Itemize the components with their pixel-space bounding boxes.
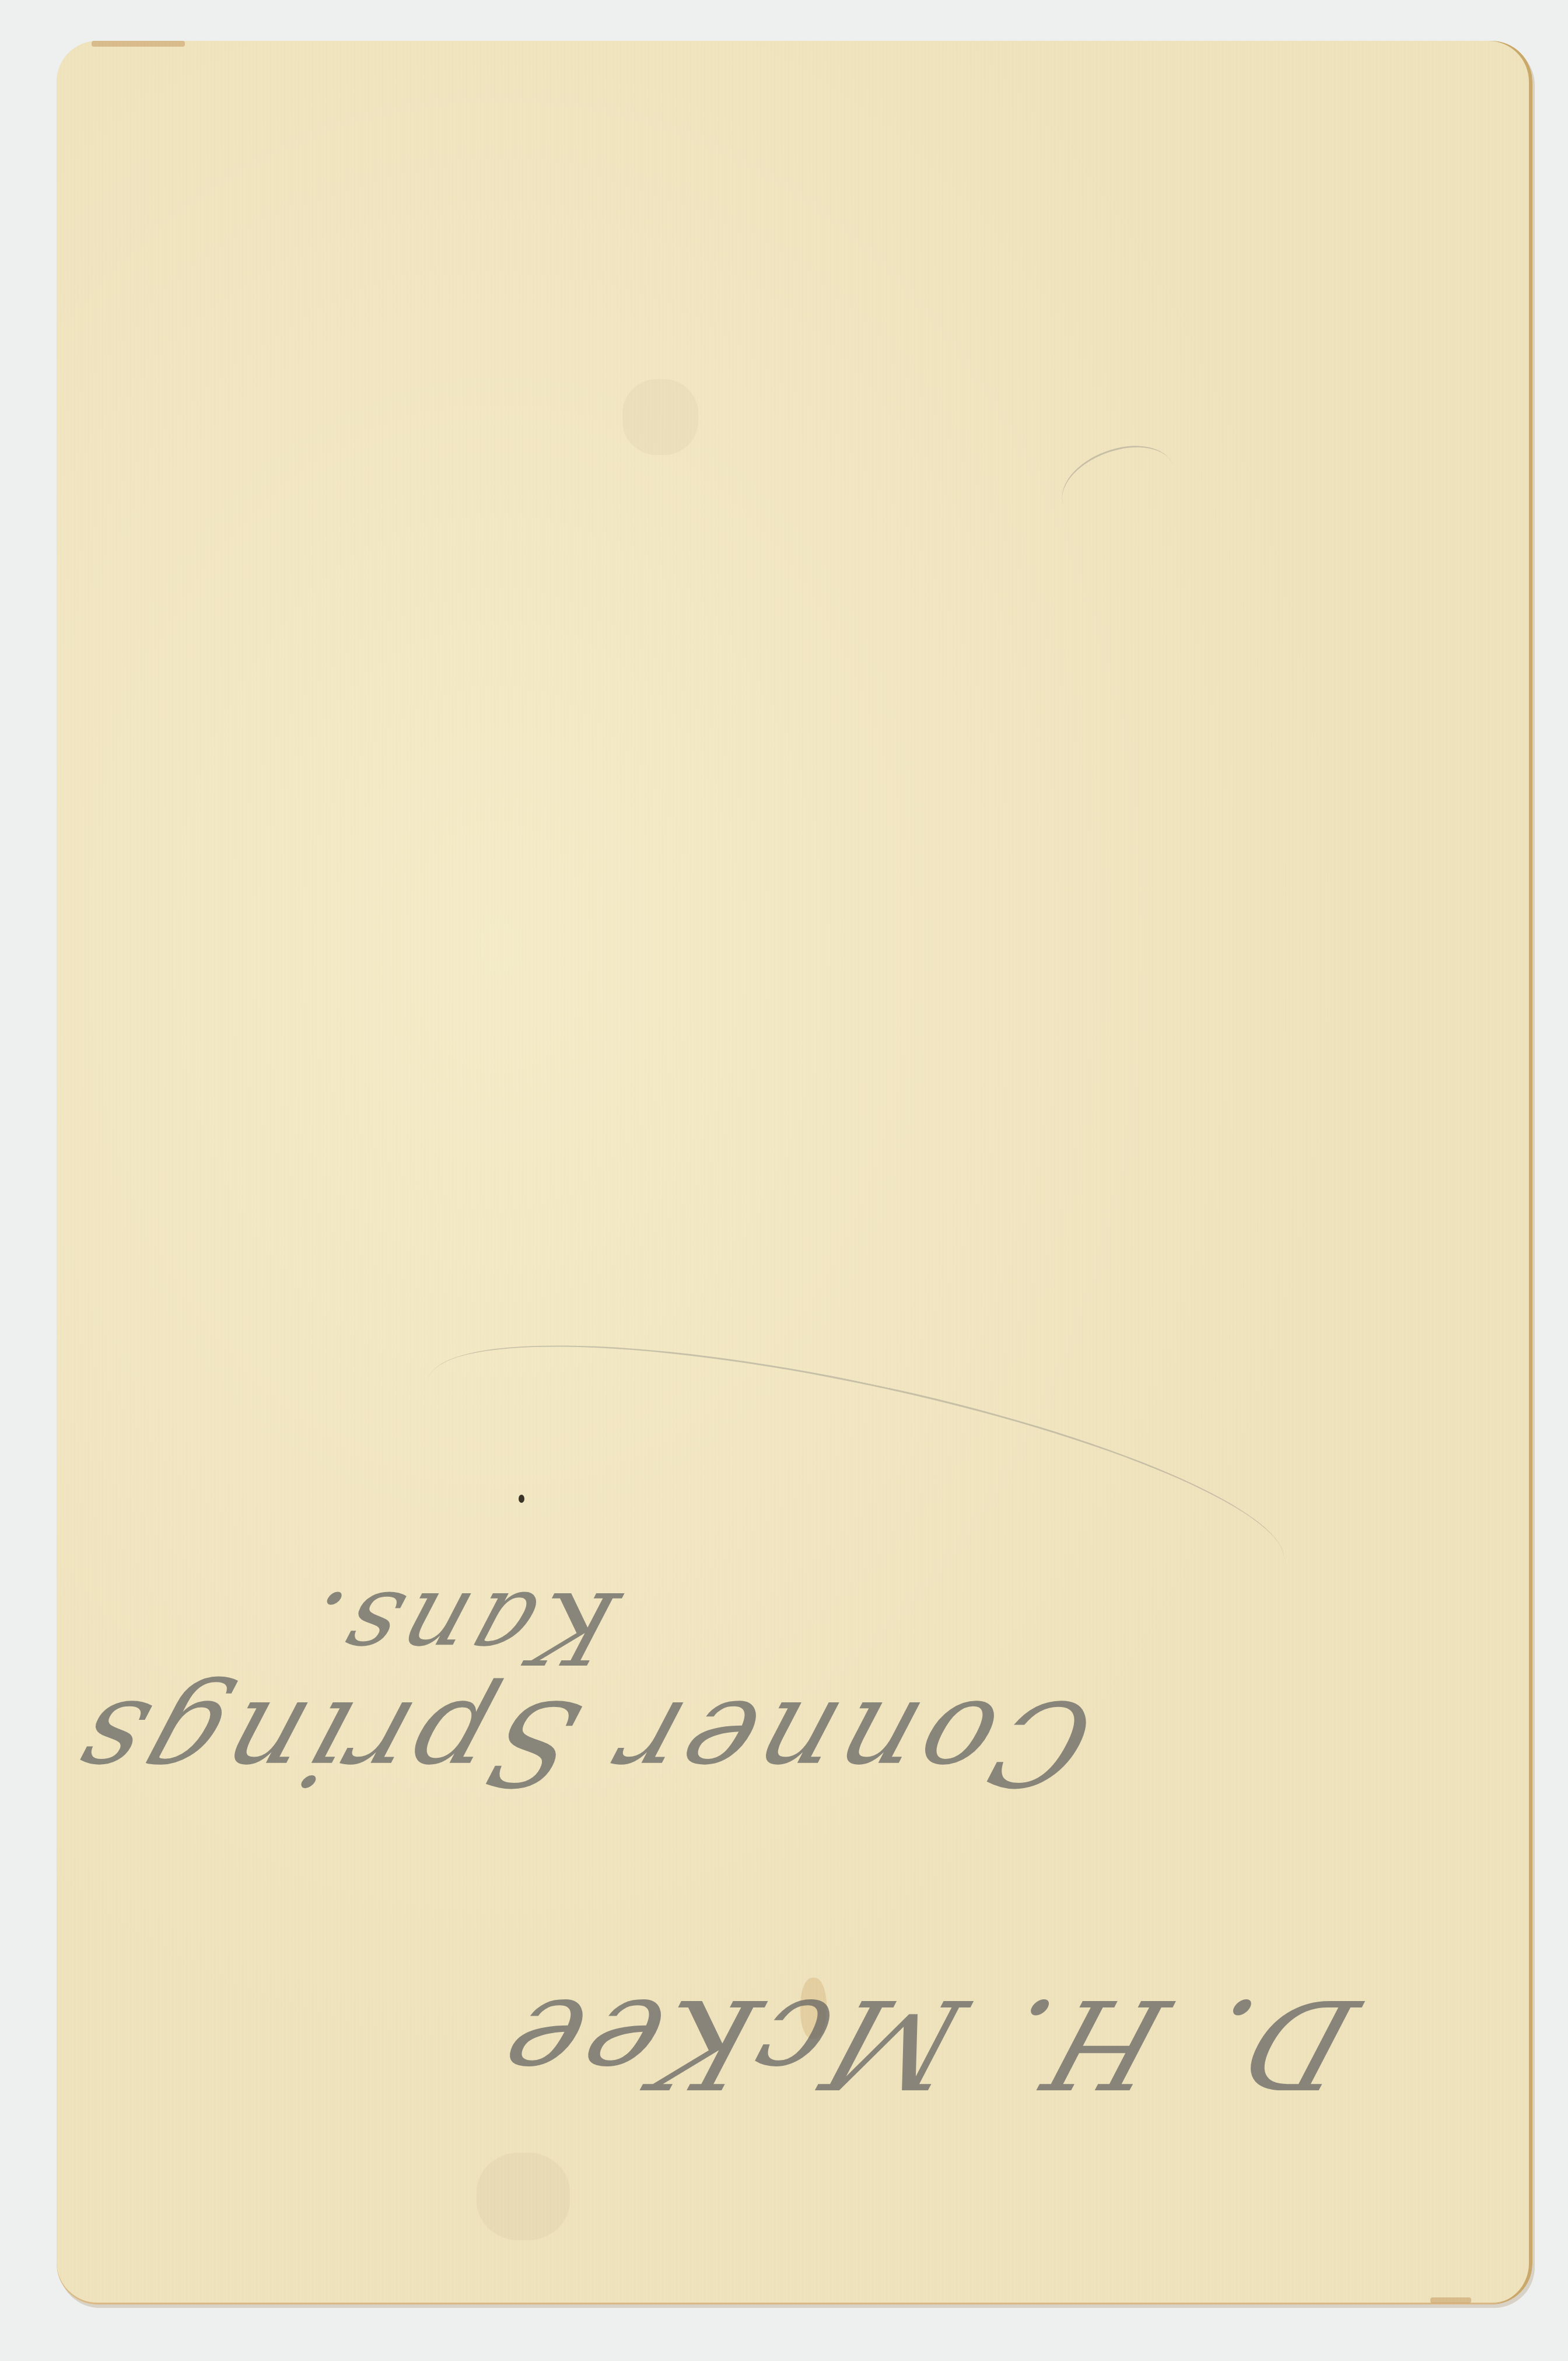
- ink-dot: [519, 1495, 524, 1503]
- handwriting-town: Conner Springs: [54, 1674, 1108, 1810]
- edge-wear-bottom: [1430, 2297, 1471, 2303]
- edge-wear-top: [92, 41, 185, 47]
- card-back: [57, 41, 1532, 2304]
- handwriting-name: D. H. McKee: [478, 1972, 1373, 2115]
- fingerprint-smudge-top: [622, 379, 698, 455]
- handwriting-state: Kans.: [285, 1569, 631, 1685]
- pencil-mark-top: [1051, 432, 1185, 539]
- fingerprint-smudge: [477, 2153, 570, 2240]
